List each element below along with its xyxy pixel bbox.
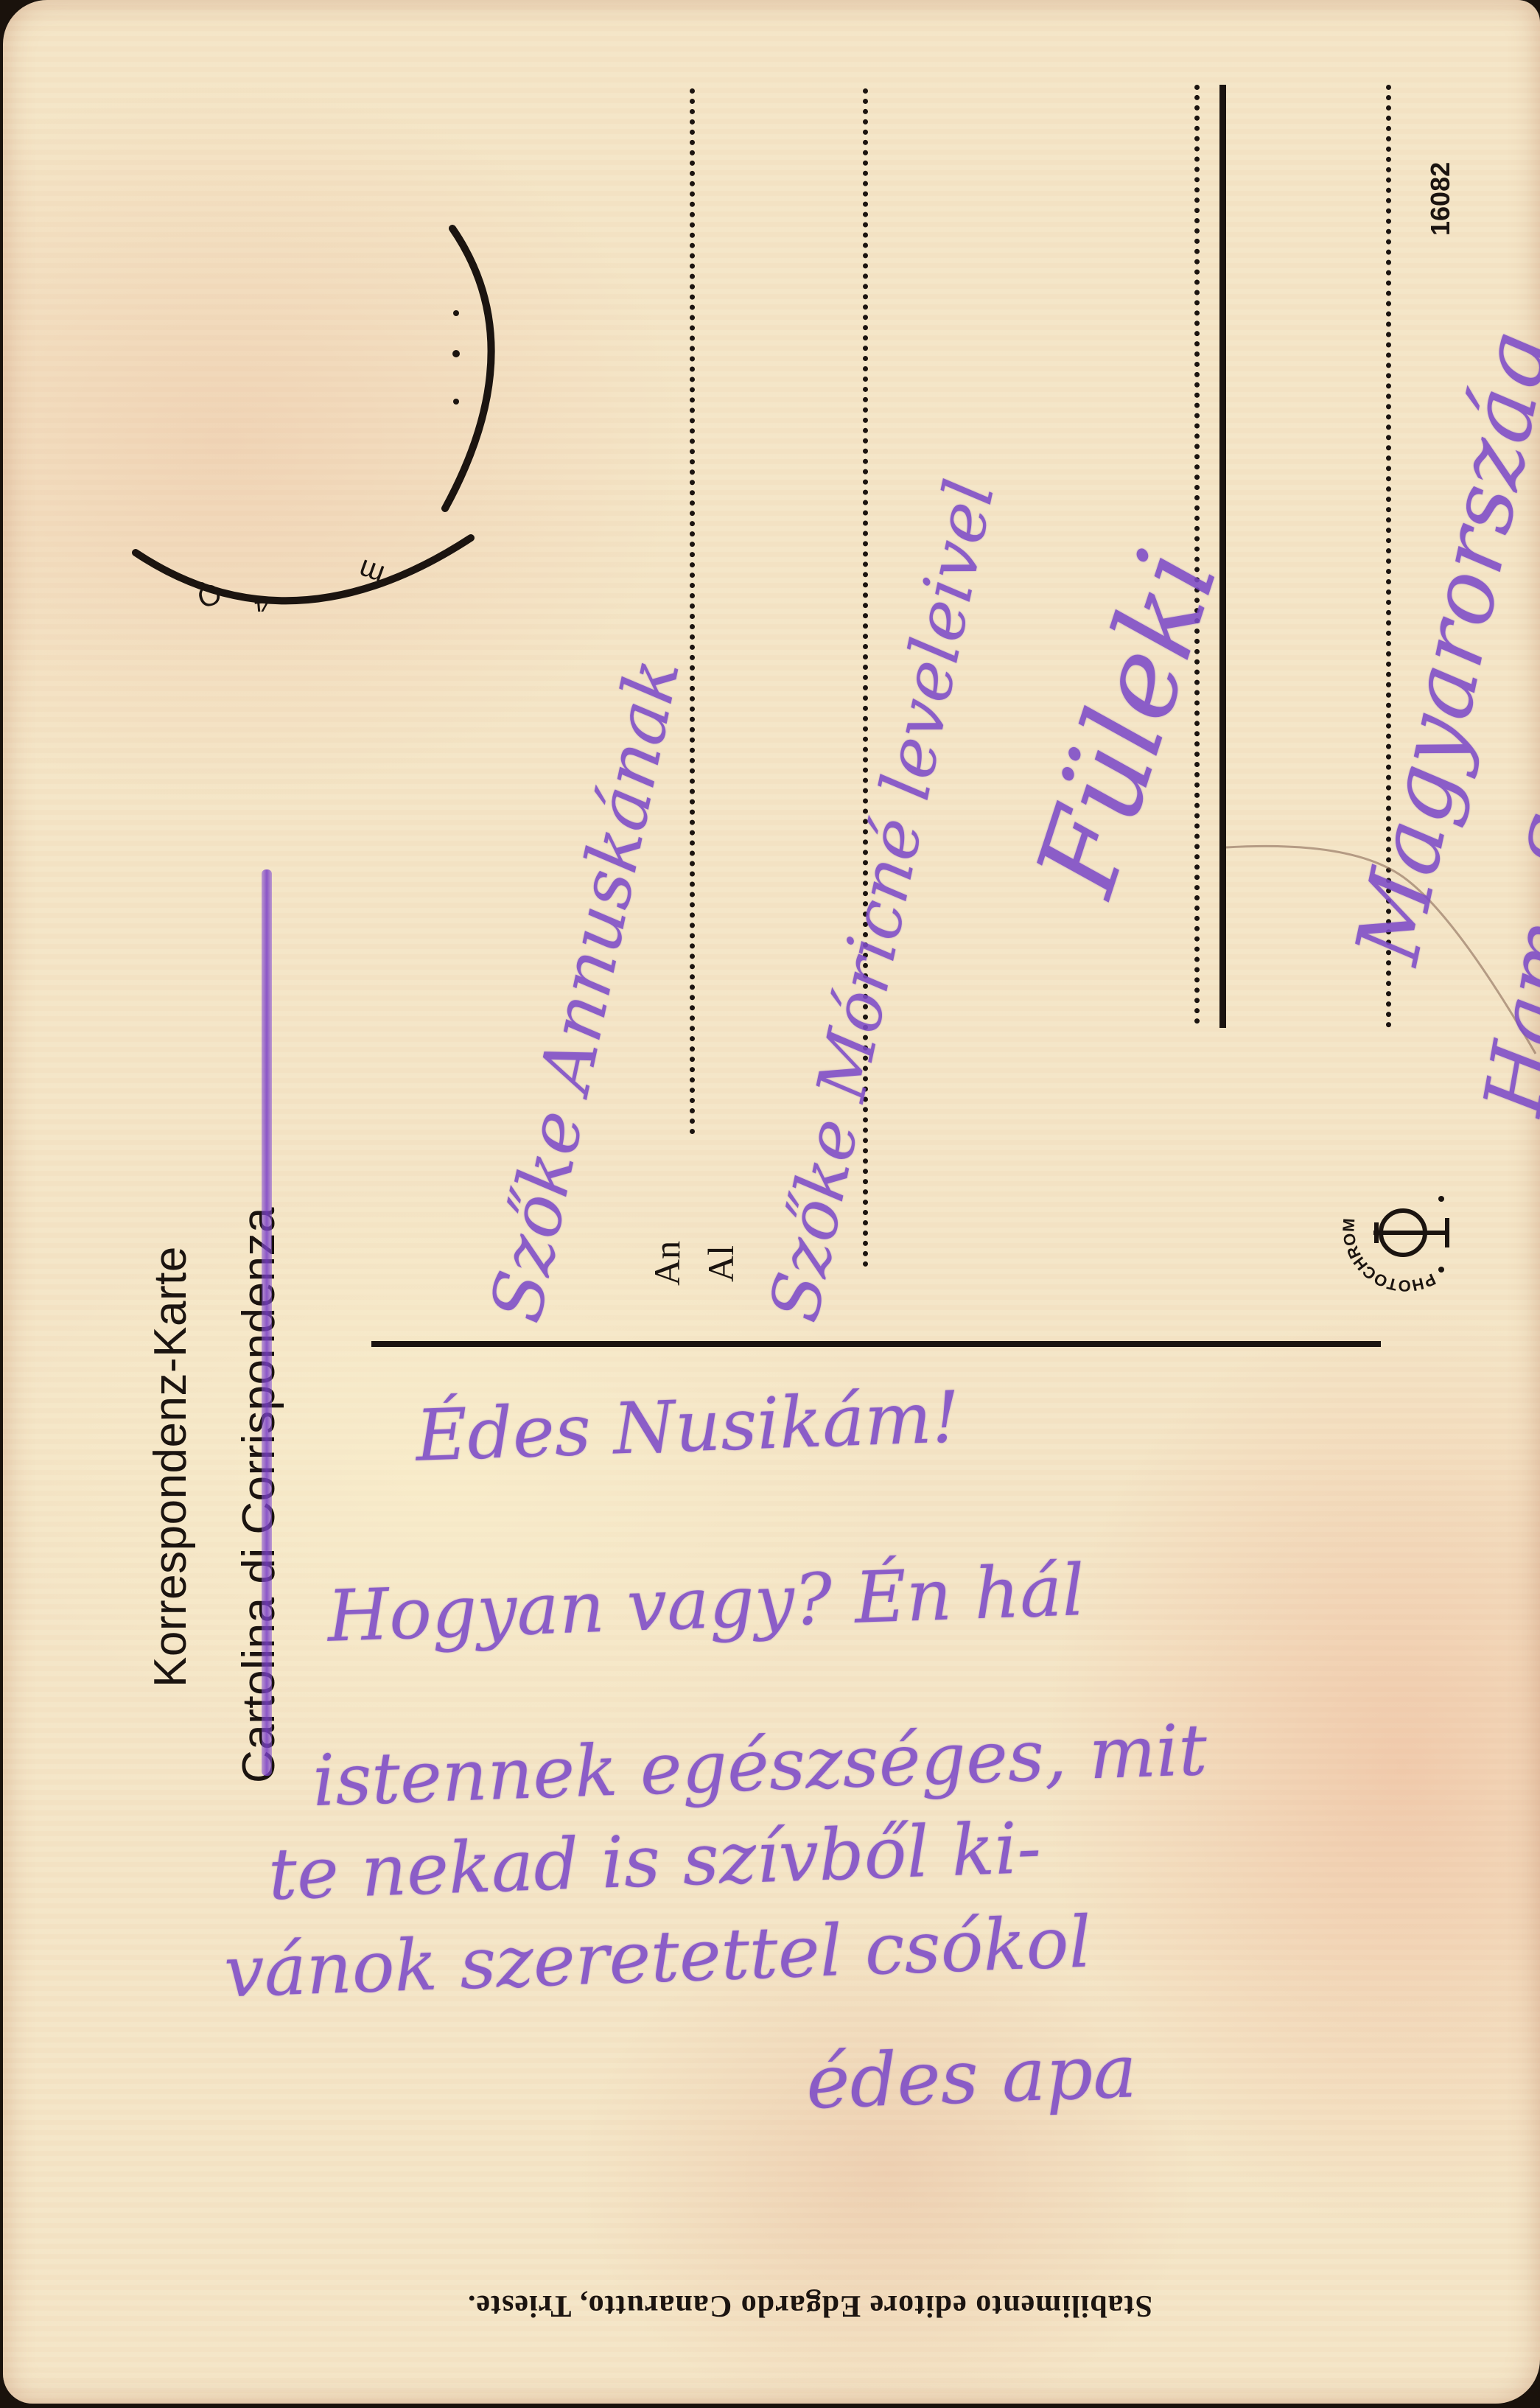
message-line-2: Hogyan vagy? Én hál <box>326 1549 1085 1658</box>
publisher-line: Stabilimento editore Edgardo Canarutto, … <box>312 2288 1307 2323</box>
svg-text:4: 4 <box>253 591 270 612</box>
message-signature: édes apa <box>805 2028 1138 2126</box>
handwritten-address-line-1: Szőke Annuskának <box>475 651 696 1329</box>
strikethrough-mark <box>262 869 272 1776</box>
photochrom-logo-icon: PHOTOCHROM <box>1329 1161 1469 1301</box>
handwritten-address-line-3: Füleki <box>1012 536 1243 909</box>
address-dotted-line-3 <box>1194 85 1200 1024</box>
serial-number: 16082 <box>1425 162 1456 236</box>
postcard: Q 4 m Korrespondenz-Karte Cartolina di C… <box>3 0 1540 2404</box>
handwritten-address-line-2: Szőke Móricné leveleivel <box>755 473 1010 1328</box>
address-label-al: Al <box>699 1245 742 1282</box>
address-dotted-line-1 <box>690 88 695 1135</box>
message-line-3: istennek egészséges, mit <box>311 1709 1208 1822</box>
message-line-5: vánok szeretettel csókol <box>223 1900 1092 2013</box>
address-label-an: An <box>645 1241 688 1286</box>
card-title-german: Korrespondenz-Karte <box>144 1246 197 1687</box>
message-line-4: te nekad is szívből ki- <box>267 1807 1042 1917</box>
message-line-1: Édes Nusikám! <box>414 1376 961 1477</box>
postmark-stamp: Q 4 m <box>121 199 578 612</box>
message-divider-line <box>371 1341 1381 1347</box>
card-title-italian: Cartolina di Corrispondenza <box>233 1207 285 1783</box>
